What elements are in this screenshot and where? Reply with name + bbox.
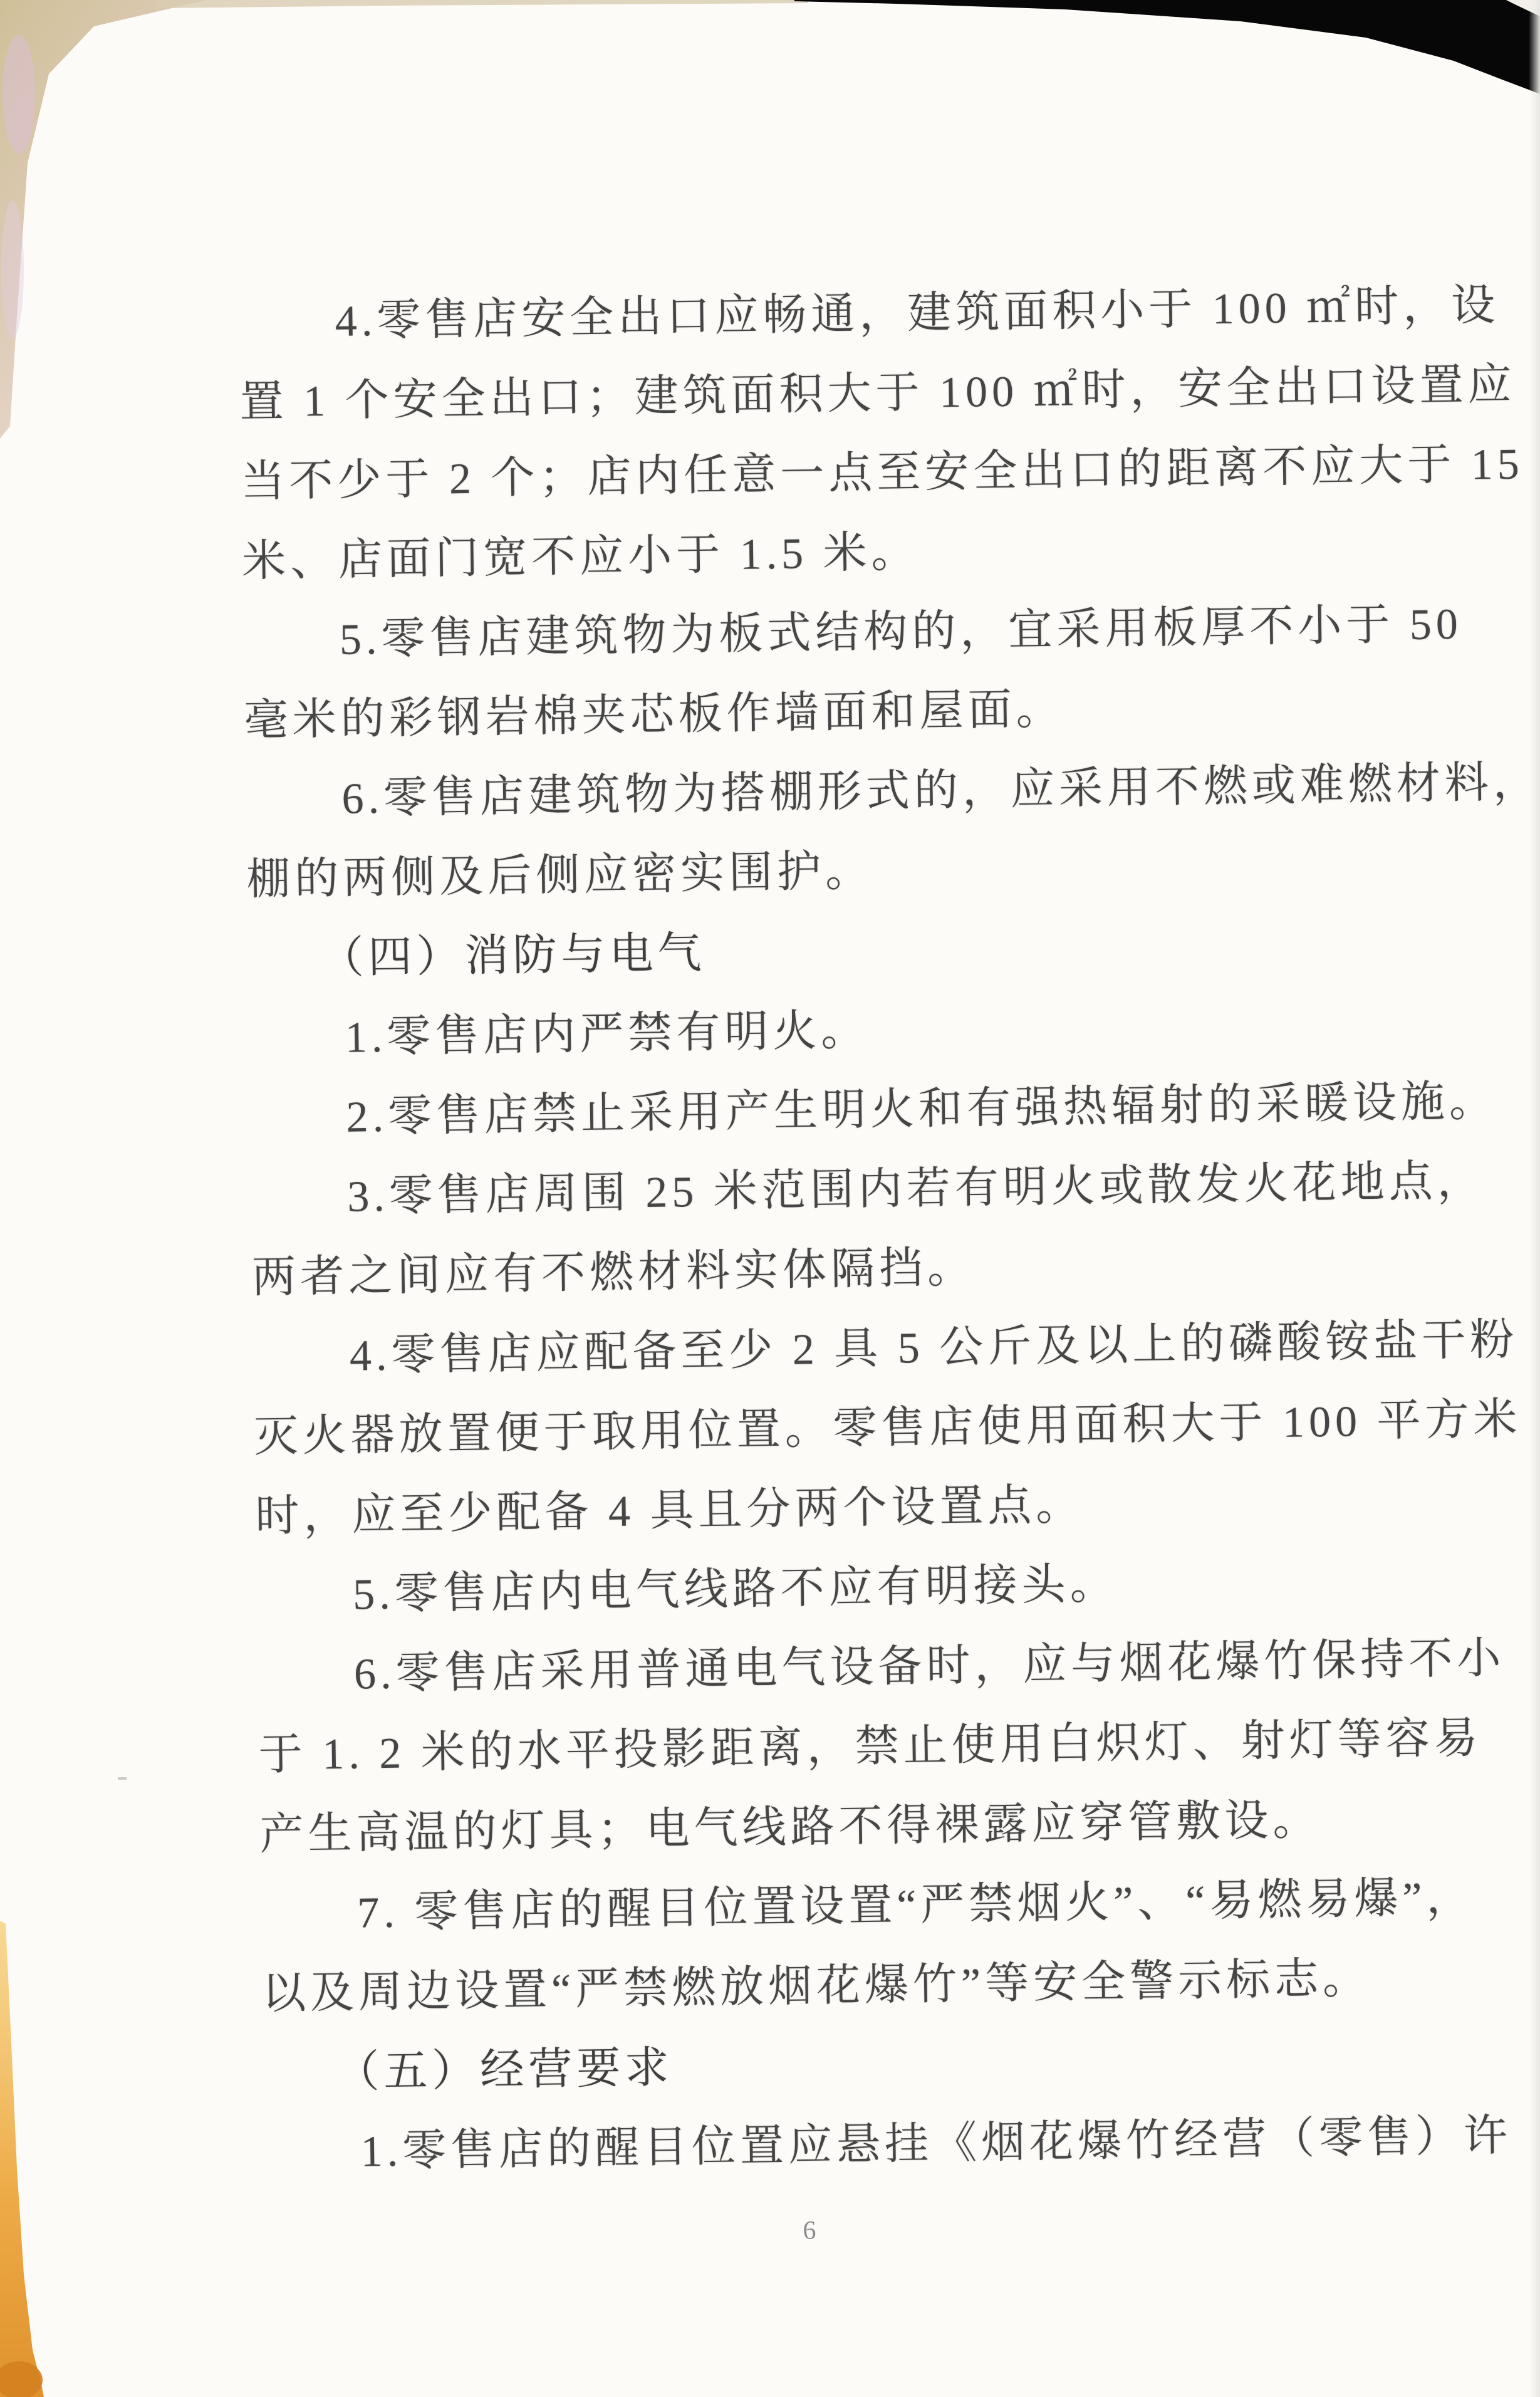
- scan-corner-blotch-lower: [1, 201, 24, 338]
- scan-top-edge-strip: [157, 0, 808, 8]
- scan-shadow-top-right: [794, 0, 1540, 94]
- page-number: 6: [265, 2206, 1524, 2253]
- sheet-content: 4.零售店安全出口应畅通，建筑面积小于 100 ㎡时，设置 1 个安全出口；建筑…: [238, 266, 1525, 2253]
- scan-corner-highlight-top-right: [1506, 0, 1540, 16]
- text-line: 1.零售店的醒目位置应悬挂《烟花爆竹经营（零售）许: [264, 2096, 1524, 2193]
- scan-corner-blotch: [3, 34, 35, 154]
- scan-artifact-dash: [118, 1777, 127, 1780]
- scan-corner-top-left-background: [0, 0, 207, 439]
- scan-stain-blob: [0, 2361, 43, 2397]
- scan-right-edge-shading: [1529, 0, 1540, 2397]
- document-body: 4.零售店安全出口应畅通，建筑面积小于 100 ㎡时，设置 1 个安全出口；建筑…: [238, 266, 1524, 2193]
- scanned-document-page: 4.零售店安全出口应畅通，建筑面积小于 100 ㎡时，设置 1 个安全出口；建筑…: [0, 0, 1540, 2397]
- scan-stain-bottom-left: [0, 1921, 44, 2397]
